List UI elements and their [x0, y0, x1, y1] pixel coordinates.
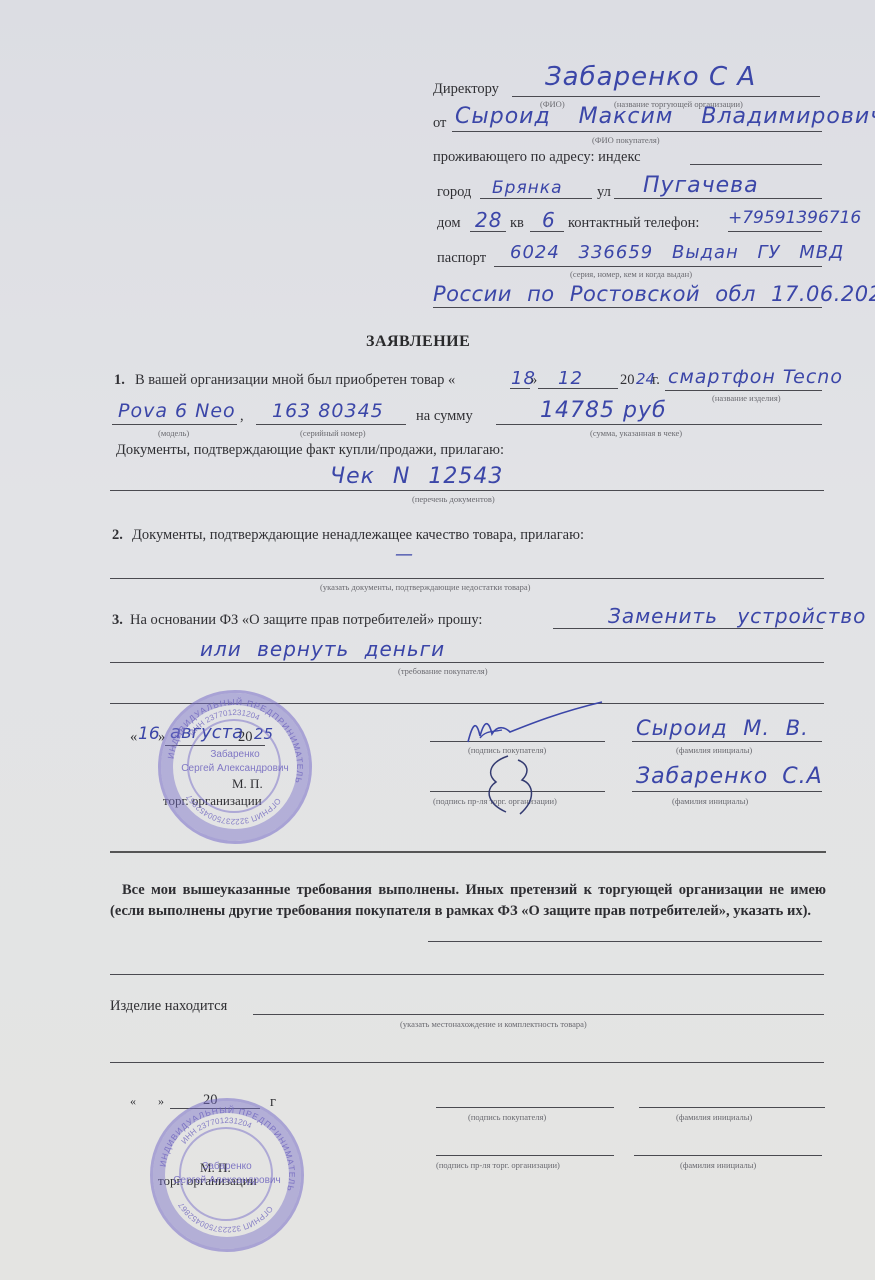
from-caption: (ФИО покупателя) — [592, 135, 660, 145]
from-value[interactable]: Сыроид Максим Владимирович — [455, 104, 875, 129]
requirement-line-2 — [110, 662, 824, 663]
street-value[interactable]: Пугачева — [643, 173, 759, 198]
quality-docs-caption: (указать документы, подтверждающие недос… — [320, 582, 531, 592]
section1-number: 1. — [114, 372, 125, 389]
model-serial-comma: , — [240, 408, 244, 425]
purchase-docs-caption: (перечень документов) — [412, 494, 495, 504]
purchase-docs-value[interactable]: Чек N 12543 — [330, 464, 503, 489]
buyer-name-caption: (фамилия инициалы) — [676, 745, 752, 755]
final-buyer-signature-line[interactable] — [436, 1107, 614, 1108]
passport-value-2[interactable]: России по Ростовской обл 17.06.2023 — [433, 282, 875, 306]
section2-number: 2. — [112, 527, 123, 544]
passport-value[interactable]: 6024 336659 Выдан ГУ МВД — [510, 242, 844, 263]
quality-docs-value[interactable]: — — [395, 544, 414, 565]
phone-value[interactable]: +79591396716 — [728, 208, 861, 228]
svg-text:ОГРНИП 322237500452867: ОГРНИП 322237500452867 — [184, 792, 282, 826]
apt-value[interactable]: 6 — [542, 208, 556, 232]
sum-value[interactable]: 14785 руб — [540, 398, 667, 423]
director-field-line — [512, 96, 820, 97]
city-field-line — [480, 198, 592, 199]
final-seller-name-line[interactable] — [634, 1155, 822, 1156]
organization-stamp-2: ИНДИВИДУАЛЬНЫЙ ПРЕДПРИНИМАТЕЛЬ ИНН 23770… — [150, 1098, 304, 1252]
document-title: ЗАЯВЛЕНИЕ — [366, 333, 470, 351]
passport-field-line-2 — [433, 307, 822, 308]
purchase-year-prefix: 20 — [620, 372, 635, 389]
other-requirements-line-2[interactable] — [110, 974, 824, 975]
stamp-2-name-2: Сергей Александрович — [153, 1175, 301, 1186]
requirement-line-1 — [553, 628, 823, 629]
seller-name-value[interactable]: Забаренко С.А — [636, 764, 823, 789]
sum-caption: (сумма, указанная в чеке) — [590, 428, 682, 438]
stamp-2-name-1: Забаренко — [153, 1161, 301, 1172]
final-buyer-name-caption: (фамилия инициалы) — [676, 1112, 752, 1122]
purchase-docs-label: Документы, подтверждающие факт купли/про… — [116, 442, 504, 459]
model-line — [112, 424, 237, 425]
final-seller-name-caption: (фамилия инициалы) — [680, 1160, 756, 1170]
model-caption: (модель) — [158, 428, 189, 438]
passport-label: паспорт — [437, 250, 486, 267]
complaint-form-page: Директору Забаренко С А (ФИО) (название … — [0, 0, 875, 1280]
purchase-year-suffix: г. — [652, 372, 660, 389]
phone-field-line — [728, 231, 822, 232]
passport-field-line — [494, 266, 822, 267]
purchase-docs-line — [110, 490, 824, 491]
section-separator — [110, 851, 826, 853]
item-location-label: Изделие находится — [110, 998, 227, 1015]
street-field-line — [614, 198, 822, 199]
requirement-value-2[interactable]: или вернуть деньги — [200, 637, 445, 661]
from-label: от — [433, 115, 446, 132]
apt-label: кв — [510, 215, 524, 232]
final-buyer-name-line[interactable] — [639, 1107, 825, 1108]
seller-name-line — [632, 791, 822, 792]
final-buyer-signature-caption: (подпись покупателя) — [468, 1112, 546, 1122]
product-name-value[interactable]: смартфон Tecno — [668, 366, 843, 388]
purchase-day-close: » — [530, 372, 537, 389]
serial-value[interactable]: 163 80345 — [272, 400, 384, 422]
city-value[interactable]: Брянка — [492, 178, 562, 198]
sign-date-day[interactable]: 16 — [138, 724, 160, 744]
requirement-caption: (требование покупателя) — [398, 666, 488, 676]
item-location-caption: (указать местонахождение и комплектность… — [400, 1019, 587, 1029]
house-label: дом — [437, 215, 461, 232]
section3-text: На основании ФЗ «О защите прав потребите… — [130, 612, 482, 629]
product-name-caption: (название изделия) — [712, 393, 781, 403]
serial-line — [256, 424, 406, 425]
section1-text: В вашей организации мной был приобретен … — [135, 372, 455, 389]
director-value[interactable]: Забаренко С А — [545, 62, 756, 92]
sum-line — [496, 424, 822, 425]
item-location-line-1[interactable] — [253, 1014, 824, 1015]
product-name-line — [665, 390, 822, 391]
address-label: проживающего по адресу: индекс — [433, 149, 641, 166]
other-requirements-line-1[interactable] — [428, 941, 822, 942]
item-location-line-2[interactable] — [110, 1062, 824, 1063]
buyer-signature[interactable] — [450, 698, 610, 753]
model-value[interactable]: Pova 6 Neo — [118, 400, 236, 422]
organization-stamp: ИНДИВИДУАЛЬНЫЙ ПРЕДПРИНИМАТЕЛЬ ИНН 23770… — [158, 690, 312, 844]
sign-date-open: « — [130, 729, 137, 746]
passport-caption: (серия, номер, кем и когда выдан) — [570, 269, 692, 279]
phone-label: контактный телефон: — [568, 215, 699, 232]
house-value[interactable]: 28 — [475, 208, 502, 232]
city-label: город — [437, 184, 471, 201]
stamp-name-1: Забаренко — [161, 749, 309, 760]
serial-caption: (серийный номер) — [300, 428, 366, 438]
buyer-name-value[interactable]: Сыроид М. В. — [636, 716, 809, 740]
sum-label: на сумму — [416, 408, 473, 425]
stamp-name-2: Сергей Александрович — [161, 763, 309, 774]
svg-text:ОГРНИП 322237500452867: ОГРНИП 322237500452867 — [176, 1200, 274, 1234]
completion-statement: Все мои вышеуказанные требования выполне… — [110, 880, 826, 922]
purchase-month-value[interactable]: 12 — [558, 368, 583, 389]
requirement-value-1[interactable]: Заменить устройство — [608, 604, 866, 628]
final-seller-signature-line[interactable] — [436, 1155, 614, 1156]
section2-text: Документы, подтверждающие ненадлежащее к… — [132, 527, 584, 544]
quality-docs-line — [110, 578, 824, 579]
address-index-line — [690, 164, 822, 165]
section3-number: 3. — [112, 612, 123, 629]
from-field-line — [452, 131, 822, 132]
seller-name-caption: (фамилия инициалы) — [672, 796, 748, 806]
seller-signature[interactable] — [480, 752, 550, 827]
street-label: ул — [597, 184, 611, 201]
final-seller-signature-caption: (подпись пр-ля торг. организации) — [436, 1160, 560, 1170]
director-label: Директору — [433, 81, 499, 98]
final-date-open: « — [130, 1094, 136, 1109]
buyer-name-line — [632, 741, 822, 742]
